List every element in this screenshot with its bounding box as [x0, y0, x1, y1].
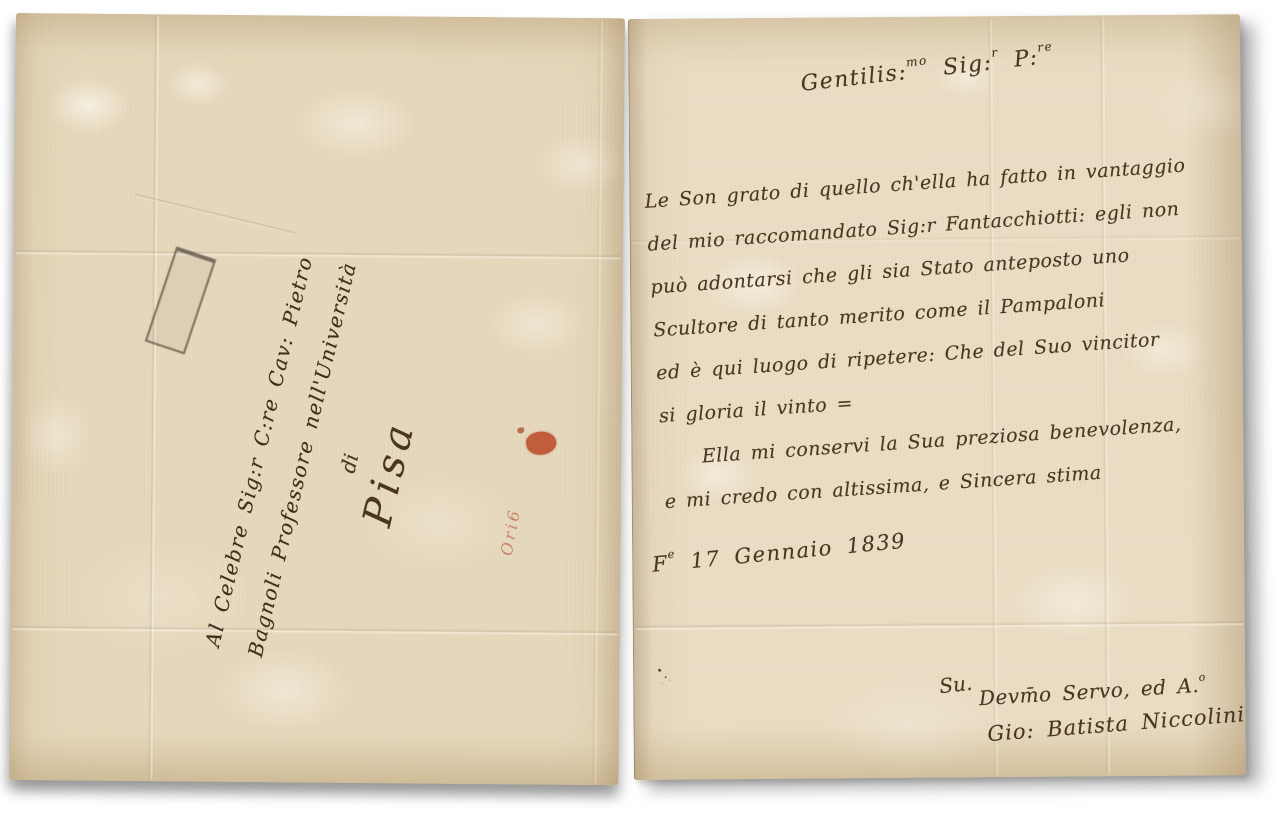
salutation-superscript: re [1036, 39, 1053, 55]
salutation-superscript: mo [905, 53, 928, 69]
address-text: Al Celebre Sig:r C:re Cav: Pietro Bagnol… [191, 233, 462, 683]
closing-superscript: o [1198, 670, 1206, 683]
salutation-text: Sig: [927, 50, 994, 82]
fold-line-horizontal [636, 620, 1243, 631]
dateline-date: 17 Gennaio 1839 [676, 529, 908, 575]
salutation-text: P: [998, 45, 1039, 74]
salutation-superscript: r [991, 45, 1000, 60]
address-block: Al Celebre Sig:r C:re Cav: Pietro Bagnol… [114, 241, 538, 675]
closing-formula: Devm̄o Servo, ed A.o [978, 673, 1207, 711]
dateline-superscript: e [667, 547, 677, 562]
salutation: Gentilis:mo Sig:r P:re [799, 43, 1055, 97]
closing-word: Su. [938, 671, 973, 699]
ink-speck [658, 669, 661, 672]
ink-specks [658, 669, 678, 689]
scanned-letter-spread: Al Celebre Sig:r C:re Cav: Pietro Bagnol… [0, 0, 1280, 816]
letter-text-page: Gentilis:mo Sig:r P:re Le Son grato di q… [628, 14, 1246, 780]
fold-line-vertical [591, 20, 604, 783]
signature: Gio: Batista Niccolini [987, 702, 1246, 746]
dateline: Fe 17 Gennaio 1839 [651, 529, 907, 577]
address-page: Al Celebre Sig:r C:re Cav: Pietro Bagnol… [9, 13, 625, 785]
paper-crease [134, 194, 295, 235]
letter-body: Le Son grato di quello ch'ella ha fatto … [643, 144, 1207, 524]
closing-formula-text: Devm̄o Servo, ed A. [978, 673, 1200, 710]
salutation-text: Gentilis: [799, 60, 908, 97]
